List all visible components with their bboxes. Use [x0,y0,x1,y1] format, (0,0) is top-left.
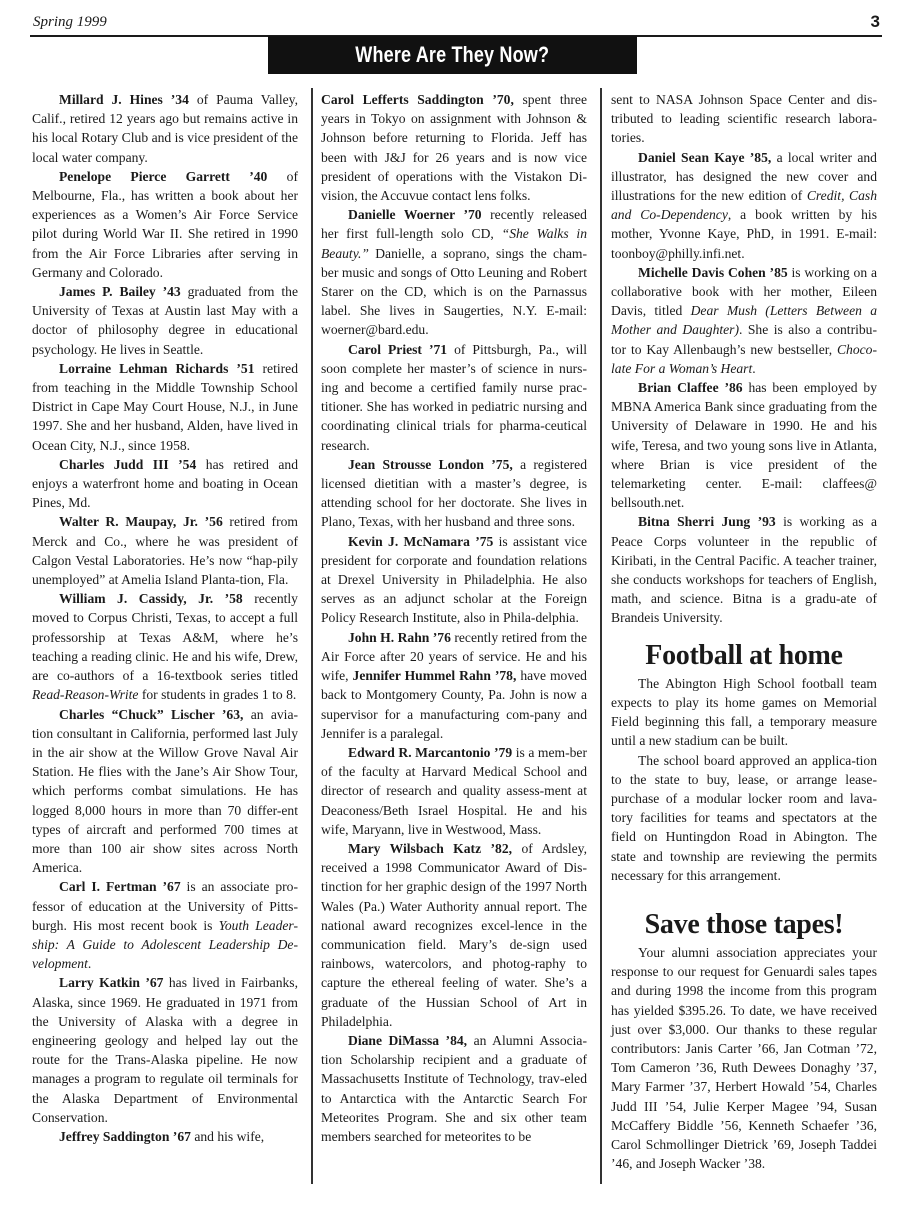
section-banner: Where Are They Now? [268,36,637,74]
alumni-name: Mary Wilsbach Katz ’82, [348,841,512,856]
alumni-name: Jennifer Hummel Rahn ’78, [353,668,517,683]
entry-text: sent to NASA Johnson Space Center and di… [611,92,877,145]
article-paragraph: Your alumni association appreciates your… [611,943,877,1173]
entry-text: of Ardsley, received a 1998 Communicator… [321,841,587,1029]
alumni-entry: Kevin J. McNamara ’75 is assistant vice … [321,532,587,628]
article-paragraph: The school board approved an applica-tio… [611,751,877,885]
alumni-entry: John H. Rahn ’76 recently retired from t… [321,628,587,743]
alumni-name: Carol Priest ’71 [348,342,447,357]
alumni-name: Bitna Sherri Jung ’93 [638,514,776,529]
alumni-name: James P. Bailey ’43 [59,284,181,299]
alumni-name: Diane DiMassa ’84, [348,1033,467,1048]
alumni-entry: Brian Claffee ’86 has been employed by M… [611,378,877,512]
alumni-entry: Larry Katkin ’67 has lived in Fairbanks,… [32,973,298,1127]
article-headline: Football at home [611,640,877,672]
entry-text: . [88,956,91,971]
alumni-name: John H. Rahn ’76 [348,630,451,645]
entry-text: an avia-tion consultant in California, p… [32,707,298,876]
alumni-name: Kevin J. McNamara ’75 [348,534,493,549]
alumni-entry: Carl I. Fertman ’67 is an associate pro-… [32,877,298,973]
alumni-entry: Charles Judd III ’54 has retired and enj… [32,455,298,513]
issue-label: Spring 1999 [33,14,107,31]
article-headline: Save those tapes! [611,909,877,941]
football-article: Football at home The Abington High Schoo… [611,640,877,885]
book-title: Read-Reason-Write [32,687,138,702]
alumni-name: Millard J. Hines ’34 [59,92,189,107]
column-divider [311,88,313,1184]
column-2: Carol Lefferts Saddington ’70, spent thr… [321,90,587,1146]
alumni-name: Michelle Davis Cohen ’85 [638,265,788,280]
entry-text: of Melbourne, Fla., has written a book a… [32,169,298,280]
alumni-entry: Bitna Sherri Jung ’93 is working as a Pe… [611,512,877,627]
alumni-entry: Jeffrey Saddington ’67 and his wife, [32,1127,298,1146]
column-3: sent to NASA Johnson Space Center and di… [611,90,877,1173]
tapes-article: Save those tapes! Your alumni associatio… [611,909,877,1173]
entry-text: spent three years in Tokyo on assignment… [321,92,587,203]
alumni-name: Larry Katkin ’67 [59,975,163,990]
alumni-name: Jeffrey Saddington ’67 [59,1129,191,1144]
alumni-entry: Carol Priest ’71 of Pittsburgh, Pa., wil… [321,340,587,455]
alumni-name: Charles Judd III ’54 [59,457,196,472]
entry-text: . [752,361,755,376]
alumni-name: Edward R. Marcantonio ’79 [348,745,512,760]
alumni-name: Walter R. Maupay, Jr. ’56 [59,514,223,529]
alumni-entry: Diane DiMassa ’84, an Alumni Associa-tio… [321,1031,587,1146]
alumni-entry: Mary Wilsbach Katz ’82, of Ardsley, rece… [321,839,587,1031]
entry-text: is working as a Peace Corps volunteer in… [611,514,877,625]
alumni-entry: Danielle Woerner ’70 recently released h… [321,205,587,339]
alumni-entry: William J. Cassidy, Jr. ’58 recently mov… [32,589,298,704]
column-1: Millard J. Hines ’34 of Pauma Valley, Ca… [32,90,298,1146]
alumni-entry: Daniel Sean Kaye ’85, a local writer and… [611,148,877,263]
alumni-entry: Millard J. Hines ’34 of Pauma Valley, Ca… [32,90,298,167]
alumni-entry: Michelle Davis Cohen ’85 is working on a… [611,263,877,378]
alumni-entry: Lorraine Lehman Richards ’51 retired fro… [32,359,298,455]
alumni-name: Brian Claffee ’86 [638,380,743,395]
alumni-entry: Charles “Chuck” Lischer ’63, an avia-tio… [32,705,298,878]
article-paragraph: The Abington High School football team e… [611,674,877,751]
alumni-name: Daniel Sean Kaye ’85, [638,150,771,165]
alumni-name: Penelope Pierce Garrett ’40 [59,169,267,184]
alumni-name: Carol Lefferts Saddington ’70, [321,92,514,107]
page-number: 3 [871,12,880,32]
entry-text: has lived in Fairbanks, Alaska, since 19… [32,975,298,1124]
alumni-name: Danielle Woerner ’70 [348,207,482,222]
entry-text: of Pittsburgh, Pa., will soon complete h… [321,342,587,453]
alumni-entry: Edward R. Marcantonio ’79 is a mem-ber o… [321,743,587,839]
alumni-name: Lorraine Lehman Richards ’51 [59,361,255,376]
alumni-entry: James P. Bailey ’43 graduated from the U… [32,282,298,359]
entry-text: has been employed by MBNA America Bank s… [611,380,877,510]
entry-text: for students in grades 1 to 8. [138,687,296,702]
entry-text: an Alumni Associa-tion Scholarship recip… [321,1033,587,1144]
alumni-name: Jean Strousse London ’75, [348,457,513,472]
alumni-name: Carl I. Fertman ’67 [59,879,181,894]
alumni-entry: Penelope Pierce Garrett ’40 of Melbourne… [32,167,298,282]
alumni-entry: Carol Lefferts Saddington ’70, spent thr… [321,90,587,205]
alumni-entry: Walter R. Maupay, Jr. ’56 retired from M… [32,512,298,589]
alumni-entry: Jean Strousse London ’75, a registered l… [321,455,587,532]
alumni-entry-continued: sent to NASA Johnson Space Center and di… [611,90,877,148]
column-divider [600,88,602,1184]
section-title: Where Are They Now? [356,36,550,74]
entry-text: and his wife, [191,1129,264,1144]
alumni-name: William J. Cassidy, Jr. ’58 [59,591,243,606]
alumni-name: Charles “Chuck” Lischer ’63, [59,707,243,722]
